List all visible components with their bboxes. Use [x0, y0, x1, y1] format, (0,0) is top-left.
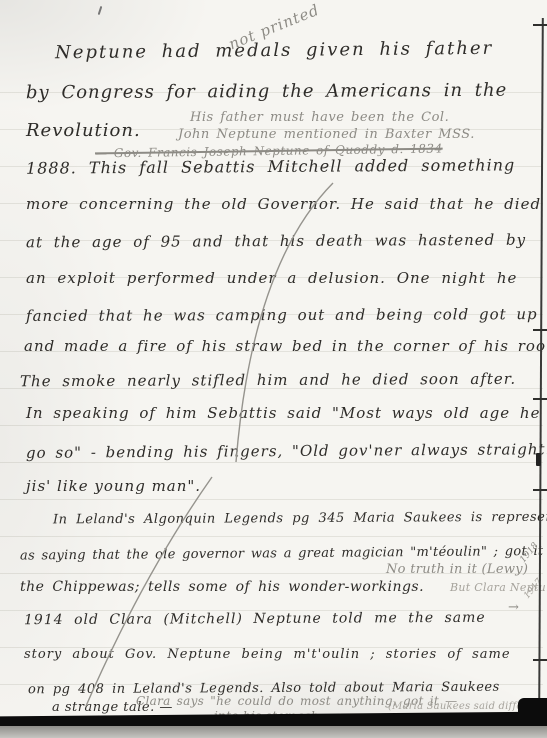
- handwritten-line: The smoke nearly stifled him and he died…: [20, 370, 516, 391]
- handwritten-line: In speaking of him Sebattis said "Most w…: [26, 404, 540, 422]
- margin-tick-mark: [533, 24, 547, 26]
- handwritten-line: and made a fire of his straw bed in the …: [24, 337, 547, 355]
- manuscript-page: Neptune had medals given his father by C…: [0, 0, 547, 738]
- handwritten-line: fancied that he was camping out and bein…: [26, 305, 538, 325]
- scan-background: [0, 726, 547, 738]
- handwritten-line: at the age of 95 and that his death was …: [26, 231, 526, 252]
- stray-pencil-tick: [98, 6, 103, 15]
- handwritten-line: by Congress for aiding the Americans in …: [26, 80, 507, 104]
- pencil-arrow-icon: →: [508, 600, 519, 615]
- pencil-note-baxter-2: John Neptune mentioned in Baxter MSS.: [178, 127, 475, 142]
- handwritten-line: an exploit performed under a delusion. O…: [26, 269, 517, 287]
- handwritten-line: 1914 old Clara (Mitchell) Neptune told m…: [24, 610, 486, 628]
- handwritten-line: story about Gov. Neptune being m't'oulin…: [24, 647, 511, 662]
- margin-tick-mark: [533, 489, 547, 491]
- handwritten-line: more concerning the old Governor. He sai…: [26, 195, 541, 213]
- handwritten-line: In Leland's Algonquin Legends pg 345 Mar…: [53, 510, 547, 528]
- pencil-note-no-truth: No truth in it (Lewy): [386, 562, 528, 577]
- handwritten-line: Revolution.: [26, 120, 141, 141]
- margin-tick-mark: [533, 398, 547, 400]
- pencil-note-baxter-1: His father must have been the Col.: [190, 110, 449, 125]
- handwritten-line: jis' like young man".: [26, 477, 201, 495]
- margin-tick-mark: [533, 329, 547, 331]
- handwritten-line: go so" - bending his fingers, "Old gov'n…: [26, 440, 547, 462]
- margin-tick-mark: [533, 659, 547, 661]
- handwritten-line: the Chippewas; tells some of his wonder-…: [20, 579, 424, 595]
- margin-bold-mark: [536, 453, 541, 466]
